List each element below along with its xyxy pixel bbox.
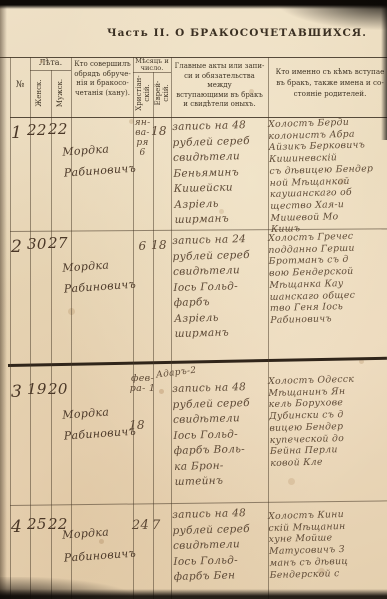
officiant-cell: Мордка Рабиновичъ [62,252,141,299]
table-row: 3 19 20 Мордка Рабиновичъ фев- ра- 1 18 … [0,366,387,505]
table-row: 1 22 22 Мордка Рабиновичъ ян- ва- ря 6 1… [0,117,387,231]
age-male-cell: 27 [48,234,68,252]
col-header-jewish: Еврей- скій. [154,73,170,113]
record-cell: запись на 24 рублей сереб свидѣтели Іось… [172,232,270,343]
details-cell: Холостъ Гречес подданно Герши Бротманъ с… [268,230,387,327]
page-edge-bottom-left [0,577,130,599]
col-header-month-group: Мѣсяцъ и число. [133,58,171,72]
jewish-date-cell: 18 [151,124,167,138]
christian-date-cell: 24 [127,521,154,531]
col-header-number: № [10,80,30,90]
jewish-date-cell: 7 [152,518,161,533]
details-cell: Холостъ Кини скій Мѣщанин хуне Мойше Мат… [268,508,387,581]
record-cell: запись на 48 рублей сереб свидѣтели Іось… [172,506,269,586]
row-number-cell: 1 [11,123,22,143]
col-header-male: Мужск. [56,73,66,113]
col-header-female: Женск. [35,73,45,113]
col-header-christian: Христіан- скій. [135,73,151,113]
age-female-cell: 30 [27,235,47,253]
age-female-cell: 22 [27,121,47,139]
adar-annotation: Адаръ-2 [156,366,197,381]
table-row: 2 30 27 Мордка Рабиновичъ 6 18 запись на… [0,231,387,366]
record-cell: запись на 48 рублей сереб свидѣтели Бень… [172,118,270,229]
col-header-who: Кто именно съ кѣмъ вступае въ бракъ, так… [270,66,387,99]
register-page: Часть II. О БРАКОСОЧЕТАВШИХСЯ. № Лѣта. Ж… [0,0,387,599]
age-male-cell: 22 [48,120,68,138]
age-female-cell: 19 [27,380,47,398]
row-number-cell: 3 [11,382,22,402]
christian-date-cell: фев- ра- 1 [129,374,156,394]
details-cell: Холостъ Одесск Мѣщанинъ Ян кель Борухове… [268,373,387,470]
age-male-cell: 20 [48,380,68,398]
jewish-date-cell: 18 [129,418,145,432]
row-number-cell: 4 [11,517,22,537]
col-header-years-group: Лѣта. [30,58,71,67]
details-cell: Холостъ Берди колонистъ Абра Айзикъ Берк… [268,116,387,236]
col-header-acts: Главные акты или запи- си и обязательств… [173,62,266,110]
record-cell: запись на 48 рублей сереб свидѣтели Іось… [172,380,270,491]
page-edge-right [381,0,387,140]
page-edge-top-right [277,0,387,30]
jewish-date-cell: 18 [151,238,167,252]
page-edge-left [0,0,7,599]
age-female-cell: 25 [27,515,47,533]
row-number-cell: 2 [11,237,22,257]
col-header-officiant: Кто совершилъ обрядъ обруче- нія и брако… [73,60,132,98]
